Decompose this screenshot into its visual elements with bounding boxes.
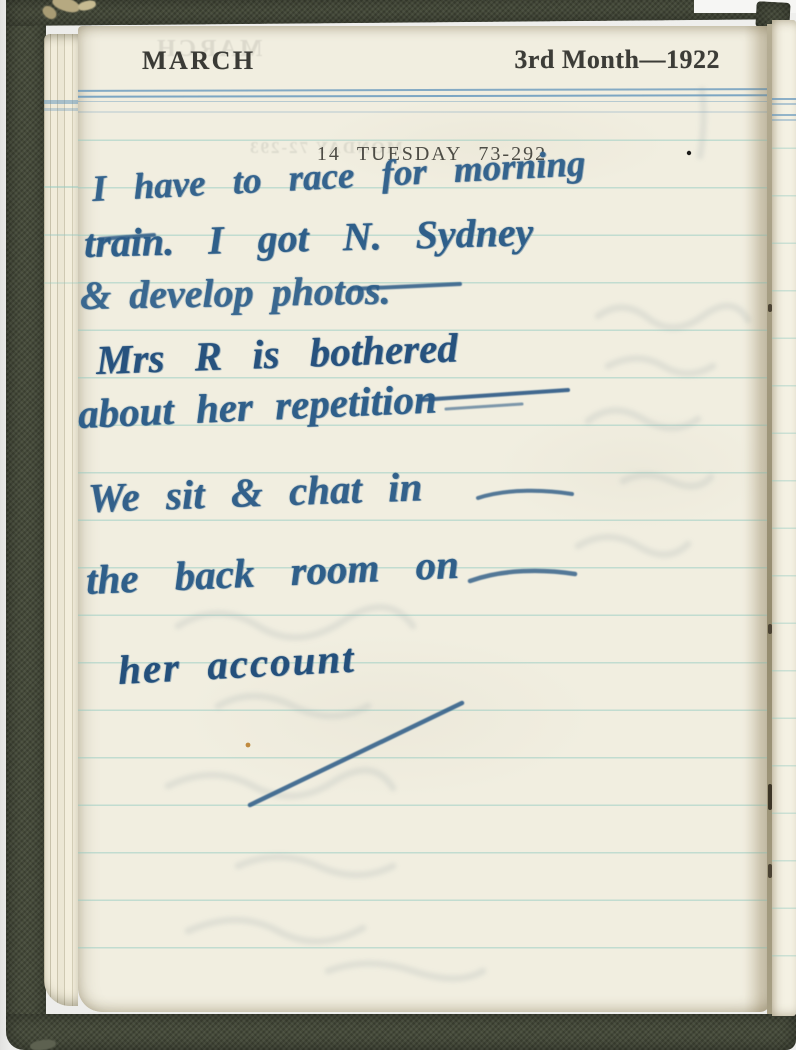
book-cover-spine-edge bbox=[6, 0, 46, 1050]
stacked-page-edges bbox=[44, 34, 78, 1006]
sliver-header-rule bbox=[772, 114, 796, 116]
sliver-ruled-lines bbox=[772, 140, 796, 980]
sliver-header-rule bbox=[772, 119, 796, 121]
next-page-sliver bbox=[772, 20, 796, 1016]
page-edge-ruled-line bbox=[44, 282, 78, 284]
header-rule-line bbox=[78, 88, 770, 92]
printed-month-header: MARCH bbox=[142, 46, 256, 76]
page-edge-blue-rule bbox=[44, 108, 78, 111]
sliver-header-rule bbox=[772, 103, 796, 105]
book-cover-top-edge bbox=[6, 0, 776, 26]
page-edge-blue-rule bbox=[44, 100, 78, 104]
diary-page: MARCH MONDAY 72-293 MARCH 3rd Month—1922… bbox=[78, 26, 770, 1012]
printed-month-year-header: 3rd Month—1922 bbox=[514, 45, 720, 75]
header-rule-line bbox=[78, 101, 770, 103]
page-edge-ruled-line bbox=[44, 234, 78, 236]
handwritten-line-3: & develop photos. bbox=[80, 267, 391, 319]
sliver-header-rule bbox=[772, 98, 796, 100]
page-edge-ruled-line bbox=[44, 186, 78, 188]
header-rule-line bbox=[78, 111, 770, 113]
header-rule-line bbox=[78, 94, 770, 97]
scanned-diary-page-photo: MARCH MONDAY 72-293 MARCH 3rd Month—1922… bbox=[0, 0, 796, 1050]
book-cover-bottom-edge bbox=[6, 1014, 796, 1050]
